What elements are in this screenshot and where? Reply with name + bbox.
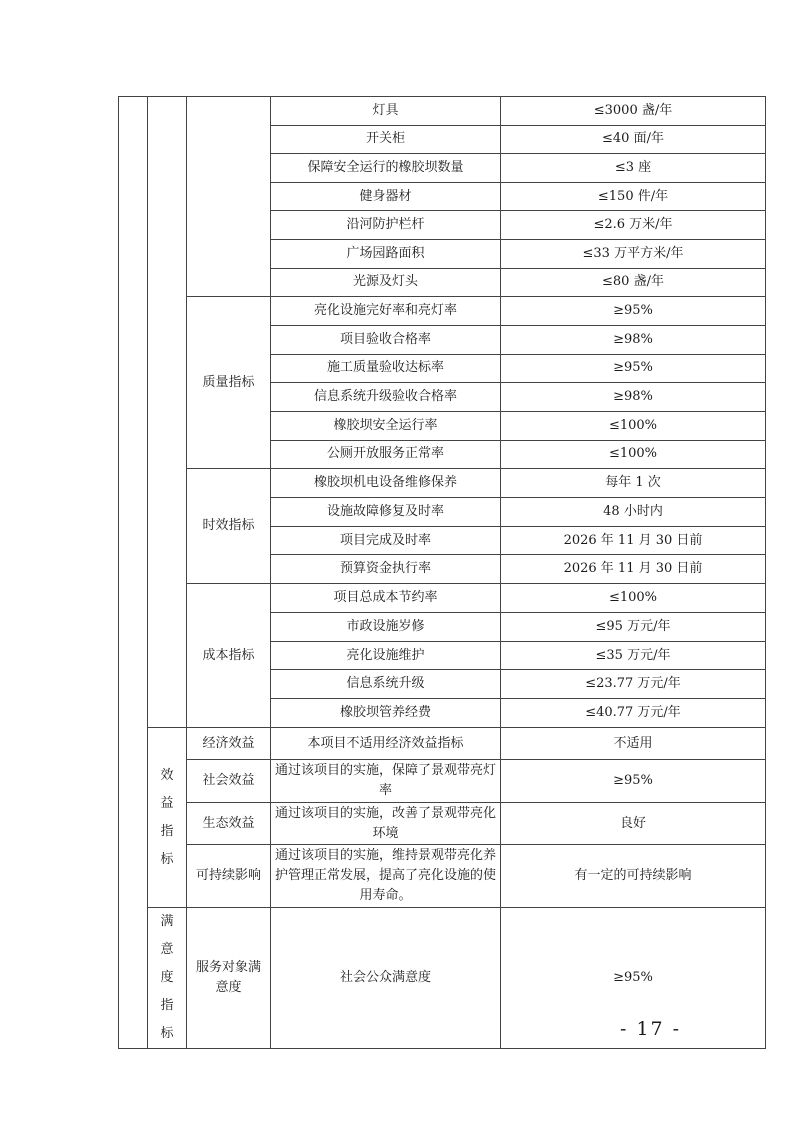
table-row: 社会效益 通过该项目的实施，保障了景观带亮灯率 ≥95% xyxy=(119,760,766,803)
indicator-cell: 灯具 xyxy=(271,97,501,126)
value-cell: 不适用 xyxy=(501,728,766,760)
indicator-cell: 沿河防护栏杆 xyxy=(271,211,501,240)
indicator-cell: 广场园路面积 xyxy=(271,239,501,268)
value-cell: ≥98% xyxy=(501,383,766,412)
indicator-cell: 健身器材 xyxy=(271,182,501,211)
value-cell: 良好 xyxy=(501,803,766,845)
performance-indicator-table: 灯具 ≤3000 盏/年 开关柜 ≤40 面/年 保障安全运行的橡胶坝数量 ≤3… xyxy=(118,96,766,1049)
table-row: 生态效益 通过该项目的实施，改善了景观带亮化环境 良好 xyxy=(119,803,766,845)
table-row: 灯具 ≤3000 盏/年 xyxy=(119,97,766,126)
value-cell: 2026 年 11 月 30 日前 xyxy=(501,526,766,555)
table-row: 成本指标 项目总成本节约率 ≤100% xyxy=(119,584,766,613)
indicator-cell: 通过该项目的实施，改善了景观带亮化环境 xyxy=(271,803,501,845)
value-cell: ≥95% xyxy=(501,354,766,383)
value-cell: ≥95% xyxy=(501,760,766,803)
indicator-cell: 保障安全运行的橡胶坝数量 xyxy=(271,154,501,183)
indicator-cell: 通过该项目的实施，维持景观带亮化养护管理正常发展，提高了亮化设施的使用寿命。 xyxy=(271,845,501,908)
table-row: 效 益 指 标 经济效益 本项目不适用经济效益指标 不适用 xyxy=(119,728,766,760)
indicator-cell: 设施故障修复及时率 xyxy=(271,497,501,526)
level1-blank-cell xyxy=(119,97,148,1049)
indicator-cell: 项目完成及时率 xyxy=(271,526,501,555)
table-row: 可持续影响 通过该项目的实施，维持景观带亮化养护管理正常发展，提高了亮化设施的使… xyxy=(119,845,766,908)
value-cell: ≤100% xyxy=(501,584,766,613)
level2-blank-cell xyxy=(148,97,187,728)
satisfaction-section-label: 满 意 度 指 标 xyxy=(148,908,187,1049)
value-cell: ≤35 万元/年 xyxy=(501,641,766,670)
indicator-cell: 橡胶坝管养经费 xyxy=(271,699,501,728)
value-cell: ≤150 件/年 xyxy=(501,182,766,211)
value-cell: 每年 1 次 xyxy=(501,469,766,498)
indicator-cell: 亮化设施完好率和亮灯率 xyxy=(271,297,501,326)
value-cell: ≤100% xyxy=(501,411,766,440)
value-cell: ≤3000 盏/年 xyxy=(501,97,766,126)
value-cell: 2026 年 11 月 30 日前 xyxy=(501,555,766,584)
indicator-cell: 橡胶坝机电设备维修保养 xyxy=(271,469,501,498)
indicator-cell: 通过该项目的实施，保障了景观带亮灯率 xyxy=(271,760,501,803)
indicator-cell: 公厕开放服务正常率 xyxy=(271,440,501,469)
value-cell: ≤23.77 万元/年 xyxy=(501,670,766,699)
value-cell: ≤95 万元/年 xyxy=(501,612,766,641)
category-cell xyxy=(187,97,271,297)
category-cell: 社会效益 xyxy=(187,760,271,803)
value-cell: ≤3 座 xyxy=(501,154,766,183)
category-cell: 可持续影响 xyxy=(187,845,271,908)
indicator-cell: 信息系统升级验收合格率 xyxy=(271,383,501,412)
indicator-cell: 市政设施岁修 xyxy=(271,612,501,641)
indicator-cell: 亮化设施维护 xyxy=(271,641,501,670)
indicator-cell: 橡胶坝安全运行率 xyxy=(271,411,501,440)
category-cell-cost: 成本指标 xyxy=(187,584,271,728)
value-cell: ≤33 万平方米/年 xyxy=(501,239,766,268)
category-cell-timeliness: 时效指标 xyxy=(187,469,271,584)
category-cell: 经济效益 xyxy=(187,728,271,760)
indicator-cell: 光源及灯头 xyxy=(271,268,501,297)
indicator-cell: 预算资金执行率 xyxy=(271,555,501,584)
indicator-cell: 项目总成本节约率 xyxy=(271,584,501,613)
value-cell: ≥98% xyxy=(501,325,766,354)
indicator-cell: 施工质量验收达标率 xyxy=(271,354,501,383)
value-cell: ≥95% xyxy=(501,297,766,326)
category-cell-quality: 质量指标 xyxy=(187,297,271,469)
value-cell: ≤2.6 万米/年 xyxy=(501,211,766,240)
page-number: - 17 - xyxy=(620,1018,681,1040)
indicator-cell: 开关柜 xyxy=(271,125,501,154)
value-cell: ≤80 盏/年 xyxy=(501,268,766,297)
table-row: 时效指标 橡胶坝机电设备维修保养 每年 1 次 xyxy=(119,469,766,498)
category-cell: 生态效益 xyxy=(187,803,271,845)
indicator-cell: 社会公众满意度 xyxy=(271,908,501,1049)
value-cell: ≤100% xyxy=(501,440,766,469)
value-cell: ≤40 面/年 xyxy=(501,125,766,154)
benefit-section-label: 效 益 指 标 xyxy=(148,728,187,908)
indicator-cell: 信息系统升级 xyxy=(271,670,501,699)
table-row: 质量指标 亮化设施完好率和亮灯率 ≥95% xyxy=(119,297,766,326)
value-cell: 有一定的可持续影响 xyxy=(501,845,766,908)
category-cell: 服务对象满意度 xyxy=(187,908,271,1049)
value-cell: 48 小时内 xyxy=(501,497,766,526)
value-cell: ≤40.77 万元/年 xyxy=(501,699,766,728)
indicator-cell: 项目验收合格率 xyxy=(271,325,501,354)
indicator-cell: 本项目不适用经济效益指标 xyxy=(271,728,501,760)
